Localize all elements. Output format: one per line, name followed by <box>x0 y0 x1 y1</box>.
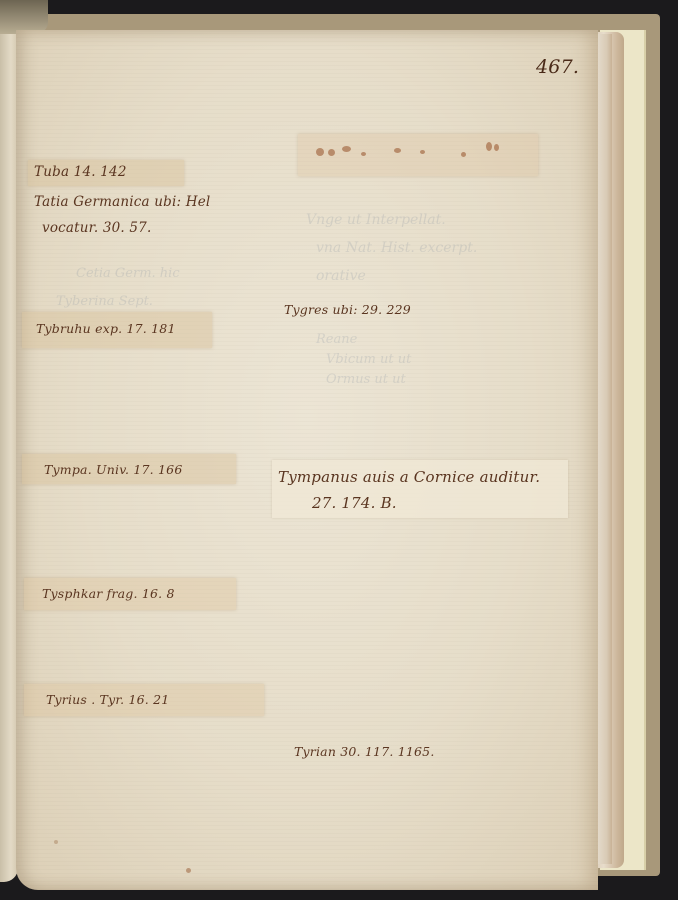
ghost-text: Vbicum ut ut <box>326 352 411 367</box>
ghost-text: Reane <box>316 332 357 347</box>
ink-blot <box>494 144 499 151</box>
ink-blot <box>486 142 492 151</box>
ink-blot <box>394 148 401 153</box>
index-entry-line: Tysphkar frag. 16. 8 <box>42 586 175 601</box>
index-entry-line: Tybruhu exp. 17. 181 <box>36 321 176 336</box>
ghost-text: Vnge ut Interpellat. <box>306 212 446 228</box>
index-entry-line: Tyrian 30. 117. 1165. <box>294 744 435 759</box>
ink-blot <box>420 150 425 154</box>
foxing-spot <box>54 840 58 844</box>
ink-blot <box>342 146 351 152</box>
index-entry-line: Tatia Germanica ubi: Hel <box>34 194 210 210</box>
ink-blot <box>361 152 366 156</box>
ink-blot <box>316 148 324 156</box>
index-entry-line: Tympa. Univ. 17. 166 <box>44 462 182 477</box>
ghost-text: Tyberina Sept. <box>56 294 153 309</box>
index-entry-line: Tympanus auis a Cornice auditur. <box>278 468 540 486</box>
index-entry-line: Tygres ubi: 29. 229 <box>284 302 411 317</box>
ghost-text: Cetia Germ. hic <box>76 266 180 281</box>
foxing-spot <box>186 868 191 873</box>
ink-blot <box>461 152 466 157</box>
index-entry-line: Tyrius . Tyr. 16. 21 <box>46 692 169 707</box>
index-entry-line: vocatur. 30. 57. <box>42 220 151 236</box>
manuscript-folio: 467. Vnge ut Interpellat. vna Nat. Hist.… <box>16 30 598 890</box>
ghost-text: vna Nat. Hist. excerpt. <box>316 240 477 256</box>
pasted-slip-faded <box>298 134 538 176</box>
ghost-text: orative <box>316 268 366 284</box>
facing-page-corner <box>0 0 48 34</box>
index-entry-line: 27. 174. B. <box>312 494 397 512</box>
ghost-text: Ormus ut ut <box>326 372 406 387</box>
ink-blot <box>328 149 335 156</box>
folio-number: 467. <box>536 56 579 78</box>
index-entry-line: Tuba 14. 142 <box>34 164 127 180</box>
